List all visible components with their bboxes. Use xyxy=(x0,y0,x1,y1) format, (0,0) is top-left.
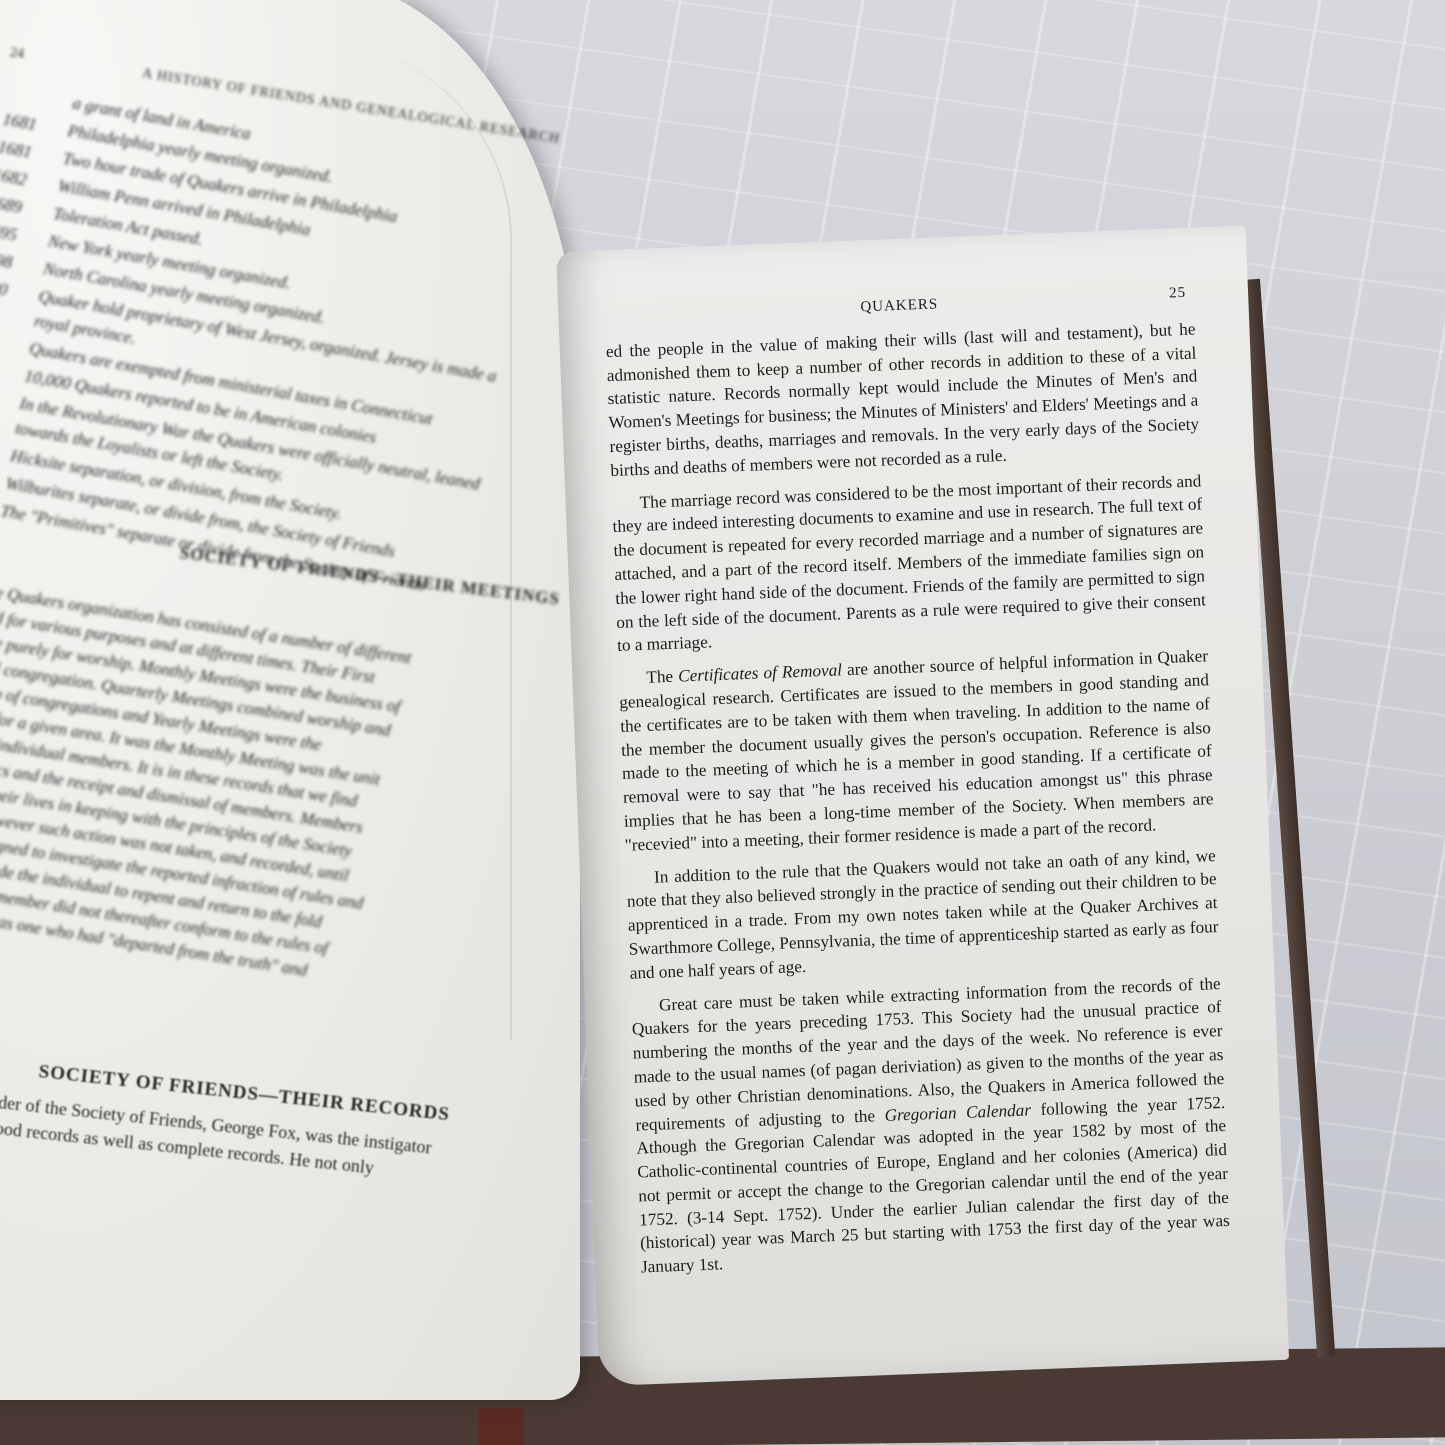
right-page: QUAKERS 25 ed the people in the value of… xyxy=(556,226,1289,1387)
page-number: 25 xyxy=(1169,282,1187,306)
right-page-content: QUAKERS 25 ed the people in the value of… xyxy=(604,284,1231,1289)
left-page-number: 24 xyxy=(8,40,26,67)
chronology-year: 1689 xyxy=(0,189,38,222)
paragraph: The Certificates of Removal are another … xyxy=(618,644,1215,857)
paragraph: The marriage record was considered to be… xyxy=(611,469,1207,658)
paragraph: ed the people in the value of making the… xyxy=(605,317,1200,482)
left-page-content: 24 A HISTORY OF FRIENDS AND GENEALOGICAL… xyxy=(10,40,570,927)
chronology-year: 1700 xyxy=(0,272,23,330)
chronology-year: 1681 xyxy=(0,134,48,167)
left-page: 24 A HISTORY OF FRIENDS AND GENEALOGICAL… xyxy=(0,0,580,1400)
chronology-year xyxy=(6,79,58,112)
chronology-year: 1695 xyxy=(0,217,33,250)
paragraph: In addition to the rule that the Quakers… xyxy=(626,844,1220,986)
chronology-year: 1682 xyxy=(0,162,43,195)
records-section: SOCIETY OF FRIENDS—THEIR RECORDS founder… xyxy=(1,1058,567,1200)
italic-term: Certificates of Removal xyxy=(678,660,843,685)
meetings-section: The Quakers organization has consisted o… xyxy=(0,577,563,1015)
chronology-year: 1681 xyxy=(1,107,53,140)
paragraph: Great care must be taken while extractin… xyxy=(631,972,1232,1280)
running-head-title: QUAKERS xyxy=(860,293,939,320)
paragraph-text: In addition to the rule that the Quakers… xyxy=(627,846,1219,983)
spine-ribbon xyxy=(478,1408,524,1445)
chronology-list: a grant of land in America 1681Philadelp… xyxy=(0,79,561,609)
paragraph-text: The xyxy=(646,667,679,687)
paragraph-text: ed the people in the value of making the… xyxy=(605,319,1199,480)
italic-term: Gregorian Calendar xyxy=(884,1100,1031,1125)
paragraph-text: The marriage record was considered to be… xyxy=(612,471,1206,655)
chronology-year: 1698 xyxy=(0,244,28,277)
chronology-year: 1776 xyxy=(0,379,4,437)
